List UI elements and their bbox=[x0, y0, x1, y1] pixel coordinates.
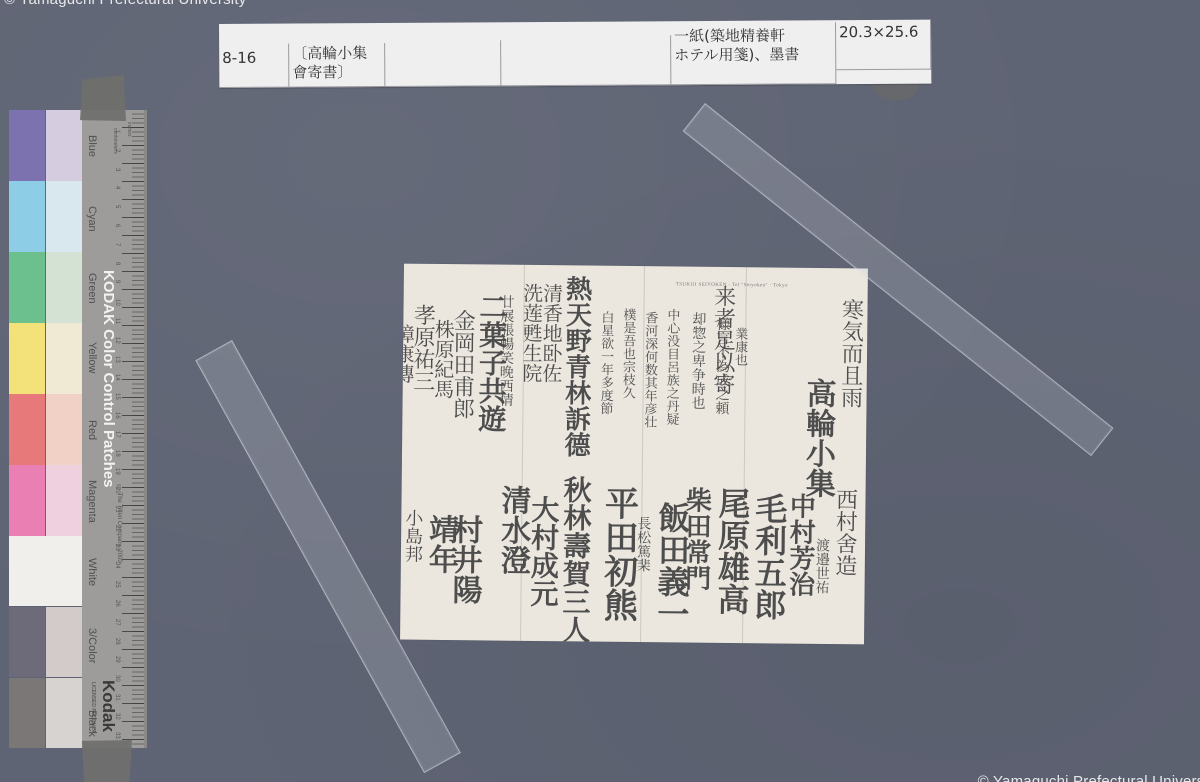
ruler-cm-number: 32 bbox=[114, 713, 120, 720]
calligraphy-column: 飯田義一 bbox=[655, 501, 688, 629]
ruler-edge bbox=[144, 110, 147, 748]
calligraphy-column: 渡邉世祐 bbox=[815, 538, 830, 594]
ruler-cm-number: 27 bbox=[114, 619, 120, 626]
kodak-color-chart: KODAK Color Control Patches © The Tiffen… bbox=[9, 110, 147, 748]
ruler-cm-number: 13 bbox=[114, 356, 120, 363]
patch-label-green: Green bbox=[86, 273, 98, 304]
patch-yellow-light bbox=[46, 323, 82, 394]
calligraphy-column: 尾原雄高 bbox=[715, 487, 748, 615]
ruler-cm-number: 4 bbox=[114, 186, 120, 189]
calligraphy-column: 業康也 bbox=[733, 327, 746, 366]
ruler-cm-number: 10 bbox=[114, 299, 120, 306]
patch-label-3color: 3/Color bbox=[86, 628, 98, 663]
ruler-cm-number: 14 bbox=[114, 374, 120, 381]
patch-cyan-dark bbox=[9, 181, 45, 252]
ruler-cm-number: 6 bbox=[114, 224, 120, 227]
watermark-top: © Yamaguchi Prefectural University bbox=[4, 0, 246, 8]
patch-label-white: White bbox=[86, 558, 98, 586]
catalog-label-table: 8-16 〔高輪小集 會寄書〕 一紙(築地精養軒 ホテル用箋)、墨書 20.3×… bbox=[219, 20, 931, 88]
patch-3color-light bbox=[46, 607, 82, 677]
ruler-cm-number: 18 bbox=[114, 450, 120, 457]
ruler-cm-number: 19 bbox=[114, 468, 120, 475]
ruler-cm-number: 15 bbox=[114, 393, 120, 400]
patch-blue-dark bbox=[9, 110, 45, 181]
ruler-cm-number: 24 bbox=[114, 562, 120, 569]
ruler-cm-number: 21 bbox=[114, 506, 120, 513]
ruler-cm-number: 9 bbox=[114, 280, 120, 283]
ruler-cm-number: 7 bbox=[114, 243, 120, 246]
calligraphy-column: 中村芳治 bbox=[787, 493, 814, 597]
label-size: 20.3×25.6 bbox=[839, 23, 918, 41]
ruler-cm-number: 22 bbox=[114, 525, 120, 532]
calligraphy-column: 熱天野青林訴德 bbox=[562, 275, 590, 457]
ruler-cm-number: 28 bbox=[114, 638, 120, 645]
ruler-cm-number: 8 bbox=[114, 262, 120, 265]
calligraphy-column: 香河深何数其年彦壮 bbox=[642, 311, 656, 428]
patch-label-blue: Blue bbox=[86, 135, 98, 157]
calligraphy-column: 白星欲一年多度節 bbox=[598, 311, 612, 415]
calligraphy-column: 中心没目呂族之丹疑 bbox=[664, 308, 678, 425]
ruler-cm-number: 23 bbox=[114, 544, 120, 551]
ruler-cm-number: 30 bbox=[114, 675, 120, 682]
tape-chart-top bbox=[80, 75, 126, 121]
ruler-unit-inches: inches bbox=[126, 122, 132, 136]
calligraphy-column: 洗莲甦生院 bbox=[521, 283, 542, 383]
ruler-cm-number: 17 bbox=[114, 431, 120, 438]
ruler-cm-number: 11 bbox=[114, 318, 120, 324]
ruler-cm-number: 20 bbox=[114, 487, 120, 494]
label-cell-blank-2 bbox=[501, 35, 671, 86]
calligraphy-column: 様言不為成之頼 bbox=[714, 317, 729, 415]
ruler-cm-number: 1 bbox=[114, 130, 120, 133]
calligraphy-column: 小島邦 bbox=[403, 509, 422, 563]
patch-blue-light bbox=[46, 110, 82, 181]
ruler-cm-number: 25 bbox=[114, 581, 120, 588]
patch-magenta-light bbox=[46, 465, 82, 536]
patch-label-cyan: Cyan bbox=[86, 206, 98, 232]
calligraphy-column: 却惣之卑争時也 bbox=[690, 312, 705, 410]
patch-cyan-light bbox=[46, 181, 82, 252]
patch-red-dark bbox=[9, 394, 45, 465]
ruler-cm-number: 2 bbox=[114, 149, 120, 152]
calligraphy-column: 清水澄 bbox=[497, 485, 528, 575]
calligraphy-column: 平田初熊 bbox=[600, 486, 635, 622]
patch-black-light bbox=[46, 678, 82, 748]
label-cell-title: 〔高輪小集 會寄書〕 bbox=[289, 43, 385, 88]
label-title-line2: 會寄書〕 bbox=[292, 63, 381, 83]
ruler-cm-number: 33 bbox=[114, 732, 120, 739]
ruler-cm-number: 26 bbox=[114, 600, 120, 607]
ruler-ticks-inch bbox=[122, 110, 144, 748]
calligraphy-column: 寒気而且雨 bbox=[838, 298, 861, 408]
calligraphy-column: 西村舍造 bbox=[833, 488, 856, 576]
label-cell-blank-1 bbox=[385, 40, 501, 87]
calligraphy-document: TSUKIJI SEIYOKEN · Tel "Seiyoken" · Toky… bbox=[400, 264, 868, 645]
patch-label-magenta: Magenta bbox=[86, 480, 98, 523]
patch-label-black: Black bbox=[86, 710, 98, 737]
label-material-line2: ホテル用箋)、墨書 bbox=[674, 45, 832, 65]
label-title-line1: 〔高輪小集 bbox=[292, 44, 381, 64]
calligraphy-column: 秋林壽賀三人 bbox=[560, 475, 590, 643]
patch-black-dark bbox=[9, 678, 45, 748]
ruler-cm-number: 3 bbox=[114, 168, 120, 171]
kodak-ruler: KODAK Color Control Patches © The Tiffen… bbox=[82, 110, 147, 748]
calligraphy-column: 二葉子共遊 bbox=[476, 292, 505, 432]
patch-3color-dark bbox=[9, 607, 45, 677]
label-material-line1: 一紙(築地精養軒 bbox=[674, 26, 832, 46]
patch-label-yellow: Yellow bbox=[86, 342, 98, 373]
kodak-brand: Kodak bbox=[98, 680, 118, 732]
calligraphy-column: 毛利五郎 bbox=[752, 492, 785, 620]
watermark-bottom: © Yamaguchi Prefectural University bbox=[978, 773, 1200, 782]
patch-red-light bbox=[46, 394, 82, 465]
calligraphy-column: 靖年 bbox=[425, 514, 456, 574]
tape-chart-bottom bbox=[82, 740, 132, 782]
ruler-cm-number: 16 bbox=[114, 412, 120, 419]
label-number: 8-16 bbox=[222, 49, 256, 67]
label-cell-number: 8-16 bbox=[219, 44, 289, 88]
ruler-cm-number: 5 bbox=[114, 205, 120, 208]
catalog-label: 8-16 〔高輪小集 會寄書〕 一紙(築地精養軒 ホテル用箋)、墨書 20.3×… bbox=[219, 20, 931, 88]
patch-green-light bbox=[46, 252, 82, 323]
calligraphy-column: 清香地卧佐 bbox=[541, 283, 562, 383]
calligraphy-column: 高輪小集 bbox=[802, 378, 833, 498]
patch-label-red: Red bbox=[86, 420, 98, 440]
calligraphy-column: 大村成元 bbox=[528, 495, 557, 607]
ruler-cm-number: 31 bbox=[114, 694, 120, 701]
patch-yellow-dark bbox=[9, 323, 45, 394]
ruler-cm-number: 29 bbox=[114, 656, 120, 663]
calligraphy-column: 樸是吾也宗枝久 bbox=[621, 308, 635, 399]
calligraphy-column: 株原紀馬 bbox=[433, 319, 454, 399]
ruler-cm-number: 12 bbox=[114, 337, 120, 344]
patch-magenta-dark bbox=[9, 465, 45, 536]
label-cell-size: 20.3×25.6 bbox=[836, 20, 931, 71]
patch-white bbox=[9, 536, 82, 606]
patch-green-dark bbox=[9, 252, 45, 323]
label-cell-material: 一紙(築地精養軒 ホテル用箋)、墨書 bbox=[671, 22, 836, 85]
